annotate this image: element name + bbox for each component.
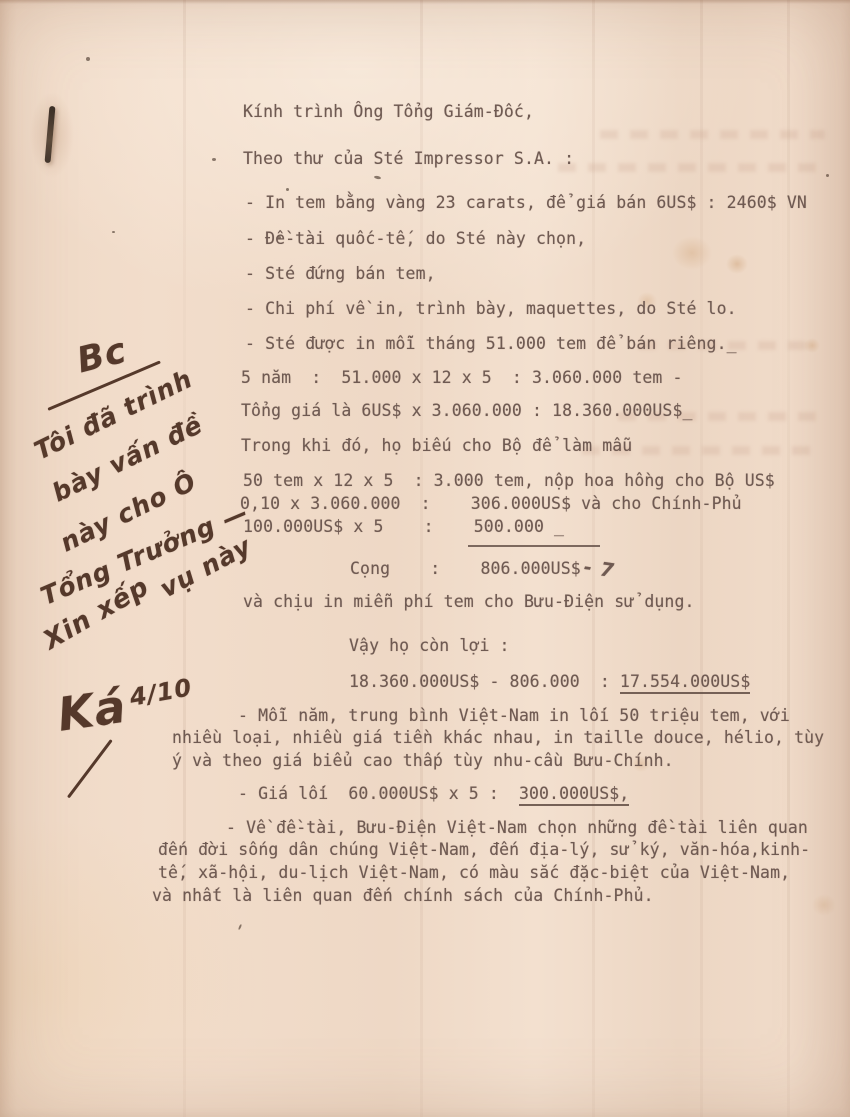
paragraph-line: nhiều loại, nhiều giá tiền khác nhau, in… bbox=[172, 728, 824, 748]
ink-speck bbox=[238, 924, 242, 930]
ink-bleedthrough bbox=[558, 163, 826, 172]
paragraph-line: tế, xã-hội, du-lịch Việt-Nam, có màu sắc… bbox=[158, 863, 790, 883]
gift-intro-line: Trong khi đó, họ biếu cho Bộ để làm mẫu bbox=[241, 436, 632, 456]
ink-speck bbox=[112, 231, 115, 233]
profit-expression: 18.360.000US$ - 806.000 : bbox=[349, 672, 620, 691]
foxing-stain bbox=[804, 338, 820, 353]
gift-calc-line: 50 tem x 12 x 5 : 3.000 tem, nộp hoa hồn… bbox=[243, 471, 775, 491]
handwritten-sum-mark: - 7 bbox=[582, 556, 615, 582]
profit-value: 17.554.000US$ bbox=[620, 672, 750, 694]
term-line: - Chi phí về in, trình bày, maquettes, d… bbox=[245, 299, 737, 319]
gift-calc-line: 0,10 x 3.060.000 : 306.000US$ và cho Chí… bbox=[240, 494, 742, 514]
foxing-stain bbox=[672, 236, 712, 270]
handwritten-abbrev: Bc bbox=[73, 331, 131, 382]
calc-volume-line: 5 năm : 51.000 x 12 x 5 : 3.060.000 tem … bbox=[241, 368, 683, 388]
profit-heading: Vậy họ còn lợi : bbox=[349, 636, 510, 656]
paragraph-line: - Về đề-tài, Bưu-Điện Việt-Nam chọn nhữn… bbox=[226, 818, 808, 838]
memo-source-line: Theo thư của Sté Impressor S.A. : bbox=[243, 149, 574, 169]
foxing-stain bbox=[726, 254, 748, 274]
ink-bleedthrough bbox=[600, 130, 825, 139]
price-value: 300.000US$, bbox=[519, 784, 629, 806]
ink-speck bbox=[374, 175, 381, 179]
scanned-memo-page: Kính trình Ông Tổng Giám-Đốc, Theo thư c… bbox=[0, 0, 850, 1117]
ink-speck bbox=[212, 158, 216, 161]
paper-crease bbox=[787, 0, 790, 1117]
paper-crease bbox=[183, 0, 186, 1117]
free-print-line: và chịu in miễn phí tem cho Bưu-Điện sử … bbox=[243, 592, 695, 612]
term-line: - Đề-tài quốc-tế, do Sté này chọn, bbox=[245, 229, 586, 249]
term-line: - In tem bằng vàng 23 carats, để giá bán… bbox=[245, 193, 807, 213]
paragraph-line: ý và theo giá biểu cao thấp tùy nhu-cầu … bbox=[172, 751, 674, 771]
paragraph-line: và nhất là liên quan đến chính sách của … bbox=[152, 886, 654, 906]
ink-speck bbox=[826, 174, 829, 177]
sum-line: Cọng : 806.000US$ bbox=[350, 559, 581, 579]
price-expression: - Giá lối 60.000US$ x 5 : bbox=[238, 784, 519, 803]
paper-crease bbox=[700, 0, 703, 1117]
gift-calc-line: 100.000US$ x 5 : 500.000 _ bbox=[243, 517, 564, 537]
handwritten-date: 4/10 bbox=[128, 673, 195, 711]
signature: Ká bbox=[54, 679, 130, 742]
signature-flourish bbox=[67, 739, 113, 798]
term-line: - Sté được in mỗi tháng 51.000 tem để bá… bbox=[245, 334, 737, 354]
price-calc-line: - Giá lối 60.000US$ x 5 : 300.000US$, bbox=[238, 784, 629, 804]
foxing-stain bbox=[812, 894, 836, 916]
ink-speck bbox=[86, 57, 90, 61]
calc-total-line: Tổng giá là 6US$ x 3.060.000 : 18.360.00… bbox=[241, 401, 693, 421]
profit-calc-line: 18.360.000US$ - 806.000 : 17.554.000US$ bbox=[349, 672, 750, 692]
ink-speck bbox=[286, 188, 289, 191]
paragraph-line: đến đời sống dân chúng Việt-Nam, đến địa… bbox=[158, 840, 810, 860]
memo-salutation: Kính trình Ông Tổng Giám-Đốc, bbox=[243, 102, 534, 122]
sum-divider-line bbox=[468, 545, 600, 547]
term-line: - Sté đứng bán tem, bbox=[245, 264, 436, 284]
paragraph-line: - Mỗi năm, trung bình Việt-Nam in lối 50… bbox=[238, 706, 790, 726]
